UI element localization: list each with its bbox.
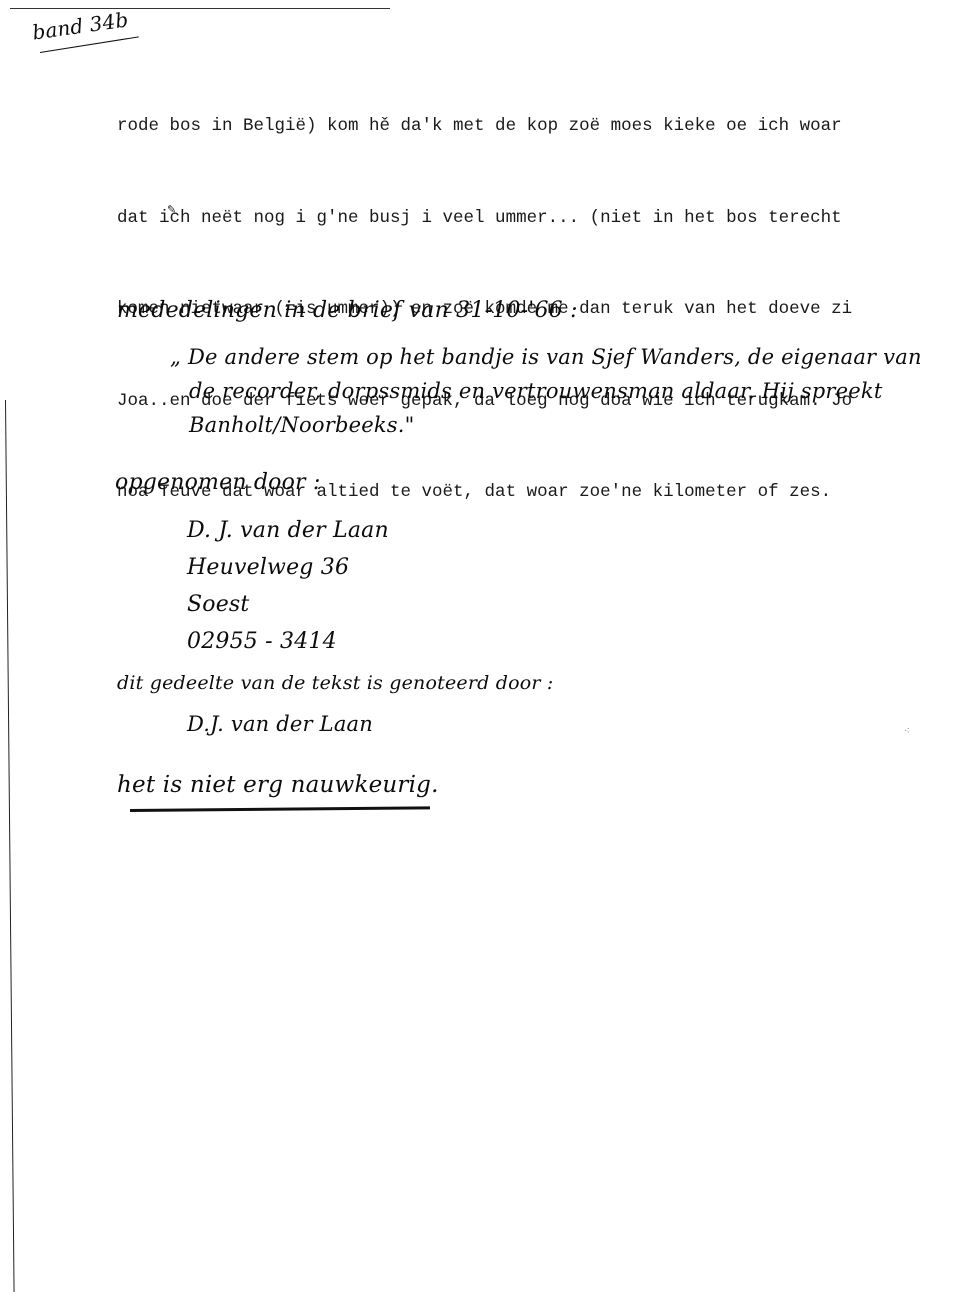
margin-mark-icon: ✎: [167, 203, 176, 216]
quote-line: Banholt/Noorbeeks.": [170, 408, 960, 442]
accuracy-note: het is niet erg nauwkeurig.: [117, 772, 439, 798]
quote-line: de recorder, dorpssmids en vertrouwensma…: [170, 374, 960, 408]
letter-quote: „ De andere stem op het bandje is van Sj…: [170, 340, 960, 442]
typed-line: dat ich neët nog i g'ne busj i veel umme…: [117, 203, 973, 234]
margin-line: [5, 400, 15, 1292]
recorder-address: D. J. van der Laan Heuvelweg 36 Soest 02…: [187, 512, 389, 660]
recorder-phone: 02955 - 3414: [187, 623, 389, 660]
recorder-name: D. J. van der Laan: [187, 512, 389, 549]
top-rule: [10, 8, 390, 9]
recorded-by-label: opgenomen door :: [115, 470, 321, 495]
recorder-street: Heuvelweg 36: [187, 549, 389, 586]
transcriber-name: D.J. van der Laan: [187, 712, 373, 736]
typed-line: rode bos in België) kom hě da'k met de k…: [117, 111, 973, 142]
typed-transcript: rode bos in België) kom hě da'k met de k…: [117, 50, 973, 538]
accuracy-note-underline: [130, 806, 430, 812]
scan-speck: ⁖: [904, 726, 910, 737]
quote-line: „ De andere stem op het bandje is van Sj…: [170, 340, 960, 374]
recorder-city: Soest: [187, 586, 389, 623]
letter-heading: mededelingen in de brief van 31-10-'66 :: [117, 298, 578, 323]
transcribed-by-label: dit gedeelte van de tekst is genoteerd d…: [117, 672, 554, 694]
